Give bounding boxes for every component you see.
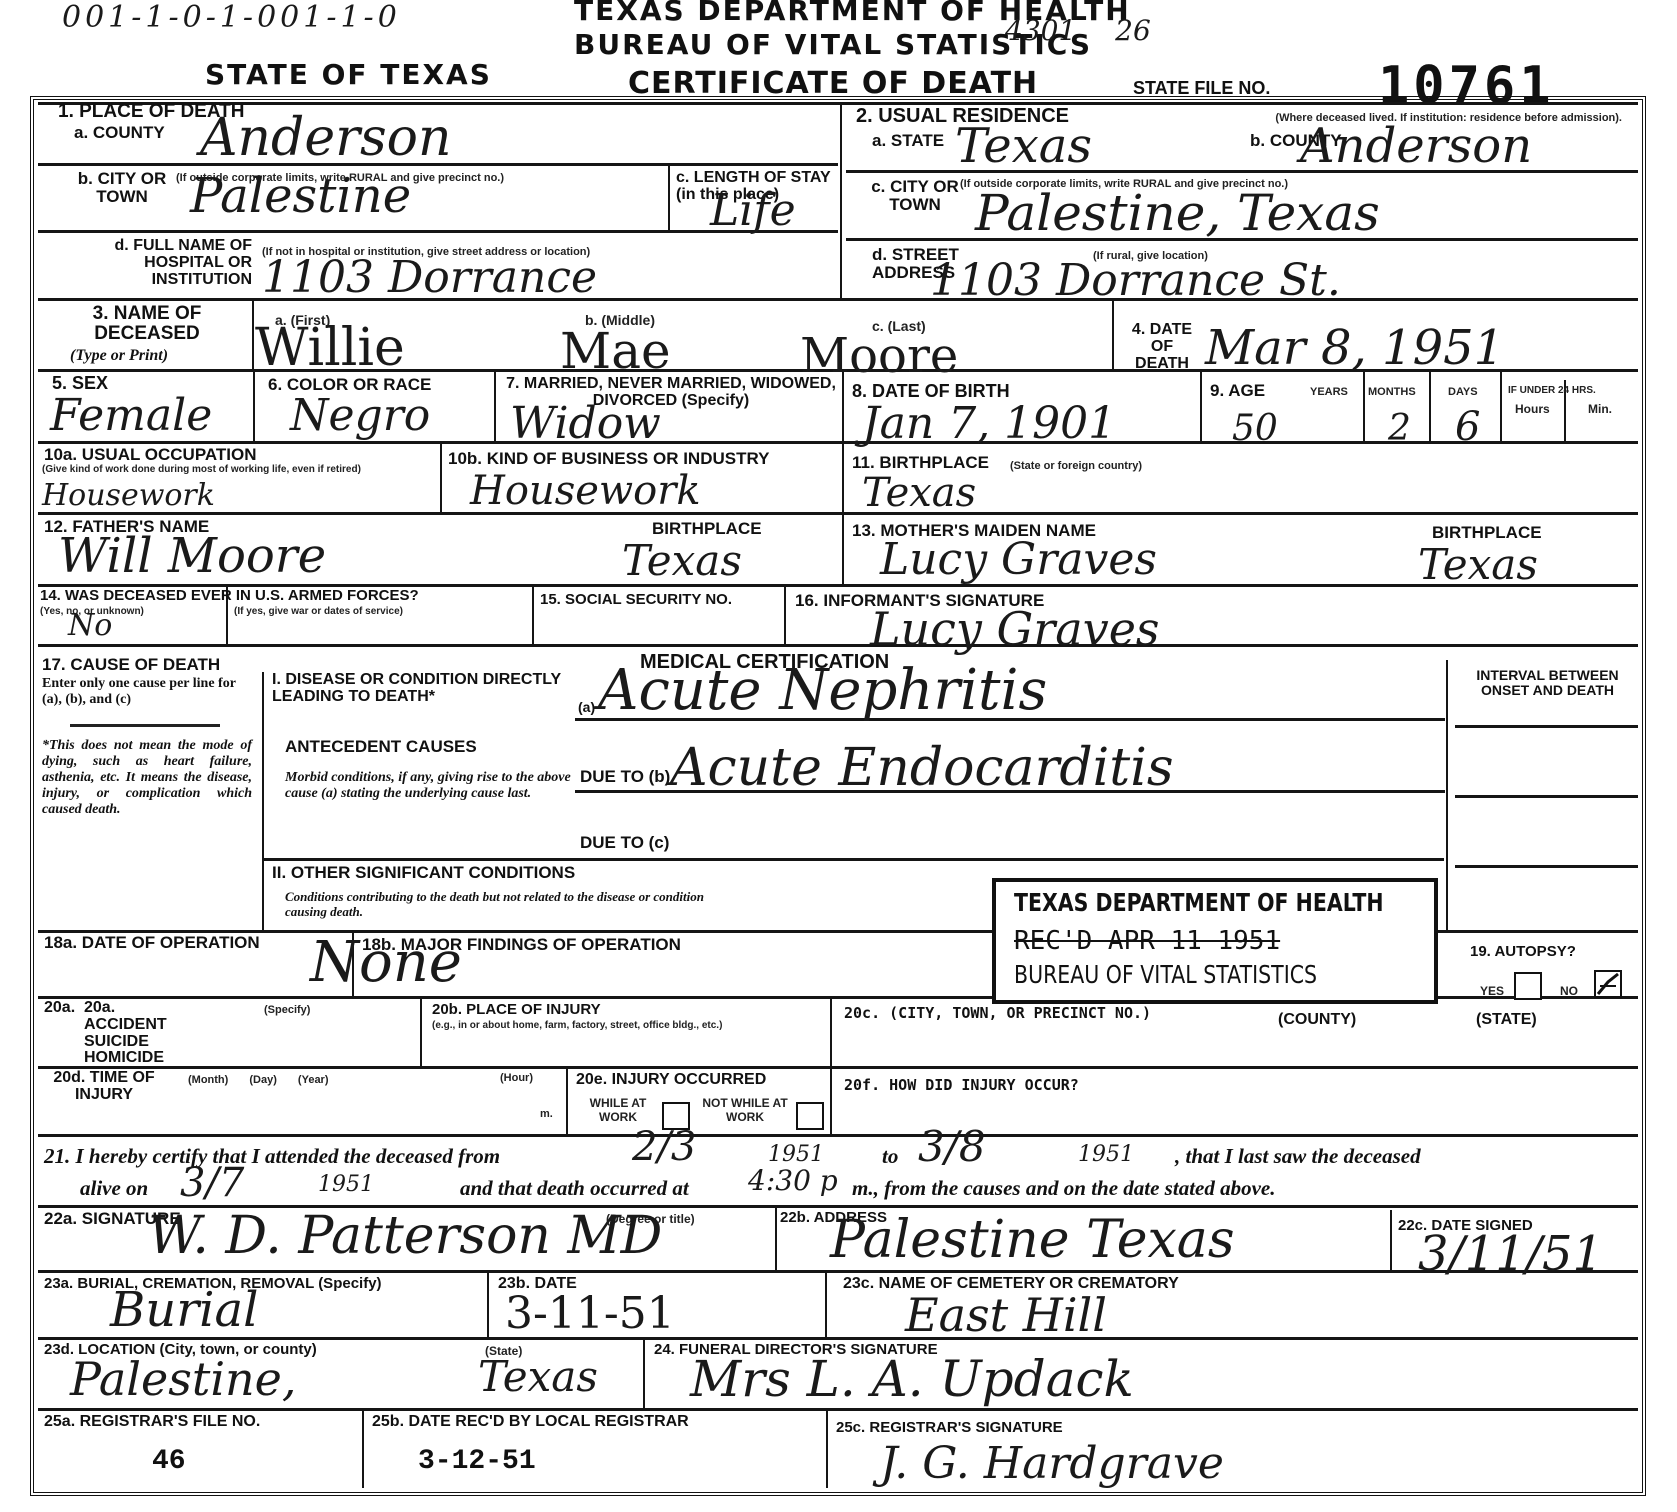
first-name-value[interactable]: Willie bbox=[255, 318, 405, 378]
under-24-hours-label: IF UNDER 24 HRS. bbox=[1508, 385, 1596, 396]
registrar-file-value[interactable]: 46 bbox=[152, 1446, 186, 1477]
divider bbox=[487, 1270, 489, 1337]
age-years-label: YEARS bbox=[1310, 386, 1348, 398]
cause-b-value[interactable]: Acute Endocarditis bbox=[670, 738, 1174, 798]
date-signed-value[interactable]: 3/11/51 bbox=[1418, 1226, 1603, 1282]
accident-specify-note: (Specify) bbox=[264, 1004, 310, 1016]
death-county-label: a. COUNTY bbox=[74, 124, 165, 142]
sex-value[interactable]: Female bbox=[50, 390, 212, 441]
burial-location-value[interactable]: Palestine, bbox=[70, 1352, 297, 1406]
residence-county-value[interactable]: Anderson bbox=[1300, 118, 1532, 174]
residence-city-label: c. CITY OR TOWN bbox=[870, 178, 960, 214]
certification-alive-on: alive on bbox=[80, 1176, 148, 1200]
rule bbox=[38, 102, 1638, 105]
residence-street-value[interactable]: 1103 Dorrance St. bbox=[930, 255, 1341, 306]
place-of-injury-note: (e.g., in or about home, farm, factory, … bbox=[432, 1020, 772, 1031]
not-while-at-work-checkbox[interactable] bbox=[796, 1102, 824, 1130]
hospital-value[interactable]: 1103 Dorrance bbox=[262, 252, 597, 303]
due-to-c-label: DUE TO (c) bbox=[580, 834, 669, 852]
registrar-date-label: 25b. DATE REC'D BY LOCAL REGISTRAR bbox=[372, 1414, 689, 1431]
deceased-name-label: 3. NAME OF DECEASED bbox=[62, 304, 232, 344]
rule bbox=[38, 1408, 1638, 1411]
industry-label: 10b. KIND OF BUSINESS OR INDUSTRY bbox=[448, 450, 769, 468]
occupation-value[interactable]: Housework bbox=[42, 478, 215, 513]
registrar-signature-label: 25c. REGISTRAR'S SIGNATURE bbox=[836, 1420, 1063, 1436]
divider bbox=[784, 584, 786, 644]
rule bbox=[262, 858, 1444, 861]
industry-value[interactable]: Housework bbox=[470, 468, 701, 514]
age-days-label: DAYS bbox=[1448, 386, 1478, 398]
divider bbox=[253, 369, 255, 441]
divider bbox=[440, 441, 442, 512]
date-of-birth-value[interactable]: Jan 7, 1901 bbox=[862, 398, 1116, 449]
cemetery-value[interactable]: East Hill bbox=[905, 1288, 1107, 1342]
divider bbox=[262, 672, 264, 930]
middle-name-value[interactable]: Mae bbox=[560, 322, 671, 380]
how-injury-occurred-label: 20f. HOW DID INJURY OCCUR? bbox=[844, 1078, 1079, 1094]
funeral-director-signature[interactable]: Mrs L. A. Updack bbox=[690, 1350, 1134, 1408]
age-days-value[interactable]: 6 bbox=[1455, 404, 1480, 450]
cause-of-death-label: 17. CAUSE OF DEATH bbox=[42, 656, 220, 674]
divider bbox=[826, 1408, 828, 1488]
last-seen-year[interactable]: 1951 bbox=[318, 1172, 374, 1197]
death-city-value[interactable]: Palestine bbox=[190, 168, 411, 224]
rule bbox=[1455, 725, 1638, 728]
burial-date-value[interactable]: 3-11-51 bbox=[505, 1288, 675, 1339]
divider bbox=[643, 1337, 645, 1408]
registrar-file-label: 25a. REGISTRAR'S FILE NO. bbox=[44, 1414, 260, 1431]
divider bbox=[825, 1270, 827, 1337]
occupation-note: (Give kind of work done during most of w… bbox=[42, 464, 437, 475]
other-conditions-label: II. OTHER SIGNIFICANT CONDITIONS bbox=[272, 864, 575, 882]
stamp-line-3: BUREAU OF VITAL STATISTICS bbox=[1014, 960, 1317, 989]
accident-label-20a: 20a. bbox=[44, 1000, 75, 1017]
date-of-death-label: 4. DATE OF DEATH bbox=[1122, 322, 1202, 372]
operation-findings-value[interactable]: None bbox=[310, 930, 462, 995]
other-conditions-note: Conditions contributing to the death but… bbox=[285, 890, 705, 920]
divider bbox=[566, 1066, 568, 1134]
birthplace-value[interactable]: Texas bbox=[862, 470, 976, 516]
not-while-at-work-label: NOT WHILE AT WORK bbox=[700, 1096, 790, 1124]
place-of-injury-label: 20b. PLACE OF INJURY bbox=[432, 1002, 601, 1018]
due-to-b-label: DUE TO (b) bbox=[580, 768, 670, 786]
time-of-injury-columns: (Month) (Day) (Year) bbox=[188, 1074, 329, 1086]
registrar-date-value[interactable]: 3-12-51 bbox=[418, 1446, 536, 1477]
mother-name-value[interactable]: Lucy Graves bbox=[880, 534, 1157, 585]
disposition-value[interactable]: Burial bbox=[110, 1282, 258, 1338]
antecedent-note: Morbid conditions, if any, giving rise t… bbox=[285, 770, 575, 802]
hospital-label: d. FULL NAME OF HOSPITAL OR INSTITUTION bbox=[72, 238, 252, 288]
handwritten-note: 4301 26 bbox=[1005, 14, 1151, 47]
cause-footnote: *This does not mean the mode of dying, s… bbox=[42, 738, 252, 818]
attended-from-date[interactable]: 2/3 bbox=[632, 1124, 696, 1170]
certification-text-2: , that I last saw the deceased bbox=[1175, 1144, 1421, 1168]
autopsy-label: 19. AUTOPSY? bbox=[1470, 944, 1576, 960]
residence-city-value[interactable]: Palestine, Texas bbox=[975, 184, 1380, 242]
injury-location-label: 20c. (CITY, TOWN, OR PRECINCT NO.) bbox=[844, 1006, 1151, 1022]
rule bbox=[38, 512, 1638, 515]
informant-signature[interactable]: Lucy Graves bbox=[870, 602, 1160, 656]
deceased-name-note: (Type or Print) bbox=[70, 347, 168, 365]
cause-of-death-note: Enter only one cause per line for (a), (… bbox=[42, 676, 252, 708]
physician-signature[interactable]: W. D. Patterson MD bbox=[148, 1206, 662, 1266]
divider bbox=[1200, 369, 1202, 441]
injury-state-label: (STATE) bbox=[1476, 1012, 1537, 1029]
divider bbox=[1363, 369, 1365, 441]
rule bbox=[38, 644, 1638, 647]
rule bbox=[1455, 865, 1638, 868]
cause-a-marker: (a) bbox=[578, 700, 595, 715]
accident-label: 20a. ACCIDENT SUICIDE HOMICIDE bbox=[84, 1000, 194, 1067]
age-months-label: MONTHS bbox=[1368, 386, 1416, 398]
divider bbox=[1500, 369, 1502, 441]
injury-county-label: (COUNTY) bbox=[1278, 1012, 1356, 1029]
divider bbox=[1429, 369, 1431, 441]
hours-label: Hours bbox=[1515, 402, 1550, 416]
certification-text-1: 21. I hereby certify that I attended the… bbox=[44, 1144, 500, 1168]
stamp-line-1: TEXAS DEPARTMENT OF HEALTH bbox=[1014, 888, 1384, 917]
divider bbox=[1390, 1210, 1392, 1270]
divider bbox=[775, 1205, 777, 1270]
divider bbox=[494, 369, 496, 441]
certification-text-3: m., from the causes and on the date stat… bbox=[852, 1176, 1276, 1200]
residence-state-label: a. STATE bbox=[872, 132, 944, 150]
age-years-value[interactable]: 50 bbox=[1232, 408, 1278, 449]
divider bbox=[830, 996, 832, 1134]
divider bbox=[252, 298, 254, 369]
divider bbox=[362, 1408, 364, 1488]
age-months-value[interactable]: 2 bbox=[1388, 408, 1411, 449]
time-of-death[interactable]: 4:30 p bbox=[748, 1164, 838, 1197]
cause-a-value[interactable]: Acute Nephritis bbox=[598, 658, 1047, 723]
last-seen-date[interactable]: 3/7 bbox=[180, 1160, 244, 1206]
rule bbox=[70, 724, 220, 727]
residence-state-value[interactable]: Texas bbox=[955, 118, 1092, 174]
operation-date-label: 18a. DATE OF OPERATION bbox=[44, 934, 260, 952]
social-security-label: 15. SOCIAL SECURITY NO. bbox=[540, 592, 732, 608]
rule bbox=[38, 1270, 1638, 1273]
burial-state-value[interactable]: Texas bbox=[478, 1352, 598, 1401]
occupation-label: 10a. USUAL OCCUPATION bbox=[44, 446, 257, 464]
divider bbox=[532, 584, 534, 644]
time-of-injury-label: 20d. TIME OF INJURY bbox=[44, 1070, 164, 1104]
certification-to: to bbox=[882, 1144, 898, 1168]
length-of-stay-value[interactable]: Life bbox=[710, 185, 796, 236]
race-value[interactable]: Negro bbox=[290, 390, 430, 441]
physician-address-value[interactable]: Palestine Texas bbox=[830, 1210, 1235, 1270]
check-mark-icon bbox=[1596, 972, 1620, 996]
death-city-label: b. CITY OR TOWN bbox=[74, 170, 170, 206]
divider bbox=[1112, 298, 1114, 369]
interval-label: INTERVAL BETWEEN ONSET AND DEATH bbox=[1460, 668, 1635, 697]
file-code-annotation: 001-1-0-1-001-1-0 bbox=[62, 0, 401, 35]
state-title: STATE OF TEXAS bbox=[205, 58, 492, 91]
autopsy-no-label: NO bbox=[1560, 984, 1578, 998]
divider bbox=[1446, 660, 1448, 930]
divider bbox=[840, 102, 842, 298]
while-at-work-label: WHILE AT WORK bbox=[578, 1096, 658, 1124]
rule bbox=[38, 1066, 1638, 1069]
certification-death-occurred: and that death occurred at bbox=[460, 1176, 689, 1200]
registrar-signature[interactable]: J. G. Hardgrave bbox=[880, 1438, 1224, 1489]
rule bbox=[38, 1337, 1638, 1340]
attended-to-date[interactable]: 3/8 bbox=[918, 1122, 986, 1171]
date-of-death-value[interactable]: Mar 8, 1951 bbox=[1205, 320, 1504, 376]
marital-value[interactable]: Widow bbox=[510, 398, 661, 449]
death-county-value[interactable]: Anderson bbox=[200, 108, 451, 168]
mother-birthplace-value[interactable]: Texas bbox=[1418, 540, 1538, 589]
armed-forces-label: 14. WAS DECEASED EVER IN U.S. ARMED FORC… bbox=[40, 588, 419, 604]
antecedent-causes-label: ANTECEDENT CAUSES bbox=[285, 738, 477, 756]
rule bbox=[38, 1134, 1638, 1137]
minutes-label: Min. bbox=[1588, 402, 1612, 416]
divider bbox=[420, 996, 422, 1066]
divider bbox=[842, 369, 844, 584]
divider bbox=[668, 163, 670, 230]
father-birthplace-value[interactable]: Texas bbox=[622, 536, 742, 585]
birthplace-note: (State or foreign country) bbox=[1010, 460, 1142, 472]
injury-occurred-label: 20e. INJURY OCCURRED bbox=[576, 1072, 766, 1089]
armed-service-note: (If yes, give war or dates of service) bbox=[234, 606, 403, 617]
autopsy-yes-label: YES bbox=[1480, 984, 1504, 998]
father-name-value[interactable]: Will Moore bbox=[58, 528, 326, 584]
rule bbox=[1455, 795, 1638, 798]
attended-to-year[interactable]: 1951 bbox=[1078, 1142, 1134, 1167]
received-stamp: TEXAS DEPARTMENT OF HEALTH REC'D APR 11 … bbox=[992, 878, 1438, 1004]
hour-label: (Hour) bbox=[500, 1072, 533, 1084]
armed-forces-value[interactable]: No bbox=[68, 608, 112, 643]
stamp-received-date: REC'D APR 11 1951 bbox=[1014, 926, 1280, 956]
autopsy-no-checkbox[interactable] bbox=[1594, 970, 1622, 998]
meridiem-label: m. bbox=[540, 1108, 553, 1120]
autopsy-yes-checkbox[interactable] bbox=[1514, 972, 1542, 1000]
disease-condition-label: I. DISEASE OR CONDITION DIRECTLY LEADING… bbox=[272, 672, 572, 706]
age-label: 9. AGE bbox=[1210, 382, 1265, 400]
